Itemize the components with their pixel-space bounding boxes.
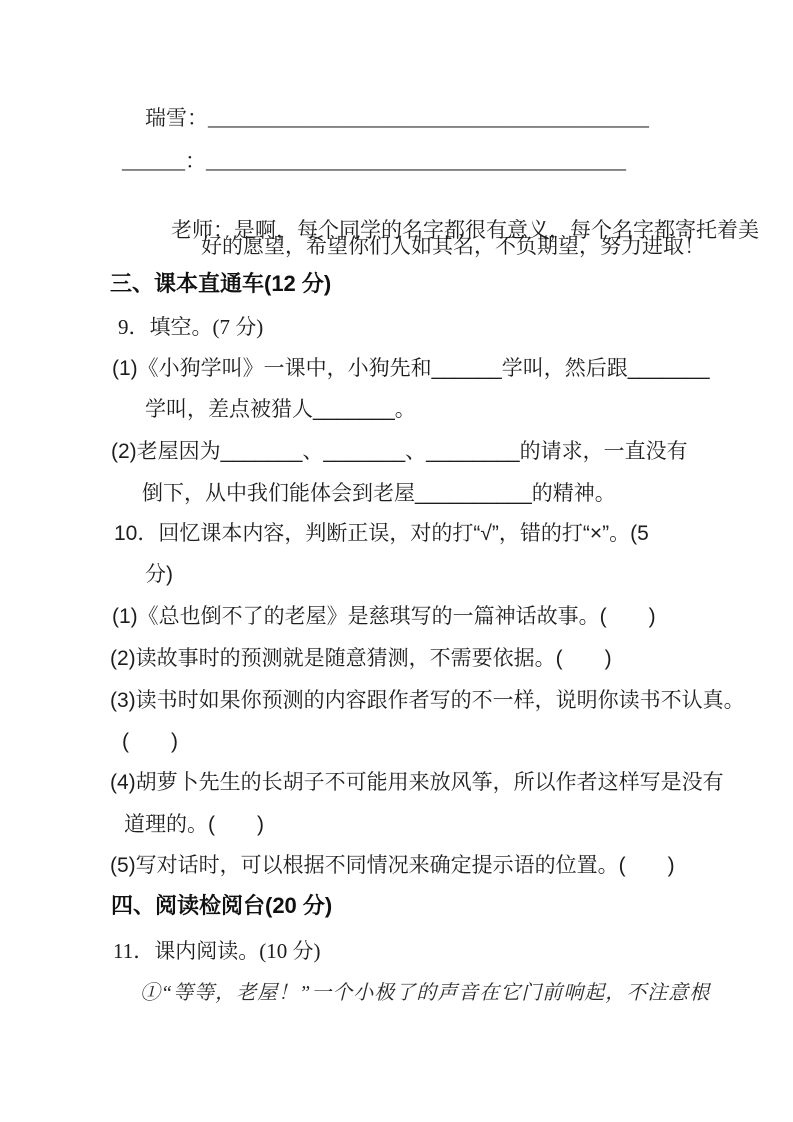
q11-passage-line1: ①“等等，老屋！”一个小极了的声音在它门前响起，不注意根 [140, 980, 710, 1006]
section-4-heading: 四、阅读检阅台(20 分) [111, 893, 332, 919]
exam-page: 瑞雪：_____________________________________… [0, 0, 793, 1122]
q10-tf-item4-line2: 道理的。( ) [124, 812, 264, 838]
q9-item2-line2: 倒下，从中我们能体会到老屋__________的精神。 [142, 481, 616, 507]
dialogue-ruixue-line: 瑞雪：_____________________________________… [145, 105, 649, 131]
q10-tf-item5: (5)写对话时，可以根据不同情况来确定提示语的位置。( ) [110, 853, 675, 879]
q9-item1-line1: (1)《小狗学叫》一课中，小狗先和______学叫，然后跟_______ [112, 356, 710, 382]
question-11-stem: 11．课内阅读。(10 分) [113, 938, 320, 964]
q10-tf-item3-line2: ( ) [122, 729, 178, 755]
question-9-stem: 9．填空。(7 分) [118, 314, 263, 340]
question-10-stem-line1: 10．回忆课本内容，判断正误，对的打“√”，错的打“×”。(5 [114, 521, 649, 547]
q10-tf-item2: (2)读故事时的预测就是随意猜测，不需要依据。( ) [110, 646, 612, 672]
q10-tf-item1: (1)《总也倒不了的老屋》是慈琪写的一篇神话故事。( ) [112, 604, 656, 630]
dialogue-teacher-continuation: 好的愿望，希望你们人如其名，不负期望，努力进取！ [201, 234, 705, 260]
q10-tf-item4-line1: (4)胡萝卜先生的长胡子不可能用来放风筝，所以作者这样写是没有 [110, 770, 724, 796]
dialogue-blank-name-line: ______：_________________________________… [122, 148, 626, 174]
section-3-heading: 三、课本直通车(12 分) [110, 271, 331, 297]
question-10-stem-line2: 分) [145, 562, 173, 588]
q9-item2-line1: (2)老屋因为_______、_______、________的请求，一直没有 [111, 439, 688, 465]
q10-tf-item3-line1: (3)读书时如果你预测的内容跟作者写的不一样，说明你读书不认真。 [110, 688, 745, 714]
q9-item1-line2: 学叫，差点被猎人_______。 [145, 397, 416, 423]
